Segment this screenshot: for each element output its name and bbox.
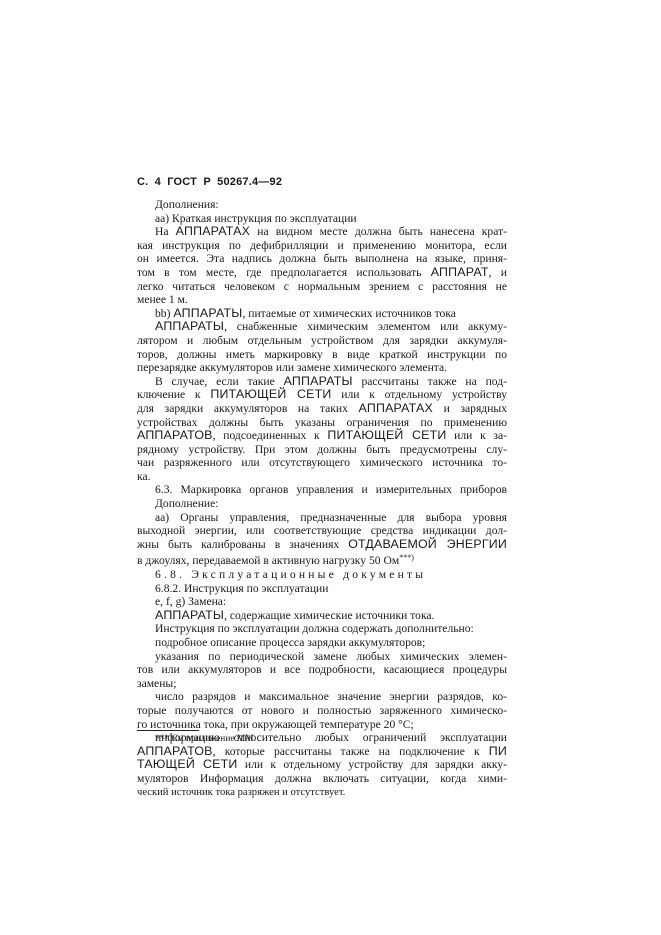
text-line: лятором и любым отдельным устройством дл… <box>137 334 507 348</box>
text-line: число разрядов и максимальное значение э… <box>137 690 507 704</box>
text-line: кая инструкция по дефибрилляции и примен… <box>137 239 507 253</box>
text-line: Инструкция по эксплуатации должна содерж… <box>137 622 507 636</box>
document-body: Дополнения:аа) Краткая инструкция по экс… <box>137 198 507 799</box>
defined-term: АППАРАТЫ <box>155 319 224 333</box>
text-line: торые получаются от нового и полностью з… <box>137 704 507 718</box>
standard-number: ГОСТ Р 50267.4—92 <box>167 176 282 188</box>
text-line: жны быть калиброваны в значениях ОТДАВАЕ… <box>137 538 507 552</box>
text-line: Дополнение: <box>137 497 507 511</box>
text-line: 6.8.2. Инструкция по эксплуатации <box>137 582 507 596</box>
text-line: ТАЮЩЕЙ СЕТИ или к отдельному устройству … <box>137 758 507 772</box>
text-line: bb) АППАРАТЫ, питаемые от химических ист… <box>137 307 507 321</box>
text-line: том в том месте, где предполагается испо… <box>137 266 507 280</box>
defined-term: АППАРАТЫ <box>173 306 242 320</box>
page-number: С. 4 <box>137 176 161 188</box>
text-line: аа) Органы управления, предназначенные д… <box>137 511 507 525</box>
text-line: указания по периодической замене любых х… <box>137 650 507 664</box>
text-line: он имеется. Эта надпись должна быть выпо… <box>137 252 507 266</box>
text-line: выходной энергии, или соответствующие ср… <box>137 524 507 538</box>
defined-term: АППАРАТОВ <box>137 744 213 758</box>
text-line: в джоулях, передаваемой в активную нагру… <box>137 551 507 568</box>
defined-term: ТАЮЩЕЙ СЕТИ <box>137 757 238 771</box>
defined-term: АППАРАТОВ <box>137 428 213 442</box>
defined-term: АППАРАТЫ <box>155 608 224 622</box>
text-line: подробное описание процесса зарядки акку… <box>137 636 507 650</box>
text-line: ка. <box>137 470 507 484</box>
defined-term: ПИТАЮЩЕЙ СЕТИ <box>327 428 446 442</box>
text-line: для зарядки аккумуляторов на таких АППАР… <box>137 402 507 416</box>
footnote-divider <box>137 730 199 731</box>
text-line: тов или аккумуляторов и все подробности,… <box>137 663 507 677</box>
footnote-reference: ***) <box>399 553 414 562</box>
text-line: менее 1 м. <box>137 293 507 307</box>
text-line: рядному устройству. При этом должны быть… <box>137 443 507 457</box>
text-line: аа) Краткая инструкция по эксплуатации <box>137 212 507 226</box>
defined-term: АППАРАТАХ <box>176 224 250 238</box>
text-line: торов, должны иметь маркировку в виде кр… <box>137 348 507 362</box>
footnote: *** См приложение ММ <box>155 734 254 744</box>
defined-term: ПИ <box>489 744 507 758</box>
page-header: С. 4 ГОСТ Р 50267.4—92 <box>137 176 282 188</box>
defined-term: АППАРАТЫ <box>284 374 353 388</box>
text-line: 6.3. Маркировка органов управления и изм… <box>137 483 507 497</box>
text-line: перезарядке аккумуляторов или замене хим… <box>137 361 507 375</box>
text-line: e, f, g) Замена: <box>137 595 507 609</box>
text-line: На АППАРАТАХ на видном месте должна быть… <box>137 225 507 239</box>
defined-term: АППАРАТАХ <box>359 401 433 415</box>
text-line: АППАРАТЫ, снабженные химическим элементо… <box>137 320 507 334</box>
text-line: АППАРАТЫ, содержащие химические источник… <box>137 609 507 623</box>
text-line: ческий источник тока разряжен и отсутств… <box>137 786 507 800</box>
text-line: муляторов Информация должна включать сит… <box>137 772 507 786</box>
defined-term: ПИТАЮЩЕЙ СЕТИ <box>210 387 331 401</box>
text-line: легко читаться человеком с нормальным зр… <box>137 280 507 294</box>
text-line: ключение к ПИТАЮЩЕЙ СЕТИ или к отдельном… <box>137 388 507 402</box>
text-line: чаи разряженного или отсутствующего хими… <box>137 456 507 470</box>
text-line: Дополнения: <box>137 198 507 212</box>
text-line: 6.8. Эксплуатационные документы <box>137 568 507 582</box>
defined-term: АППАРАТ <box>431 265 489 279</box>
text-line: замены; <box>137 677 507 691</box>
defined-term: ОТДАВАЕМОЙ ЭНЕРГИИ <box>348 537 507 551</box>
text-line: АППАРАТОВ, подсоединенных к ПИТАЮЩЕЙ СЕТ… <box>137 429 507 443</box>
